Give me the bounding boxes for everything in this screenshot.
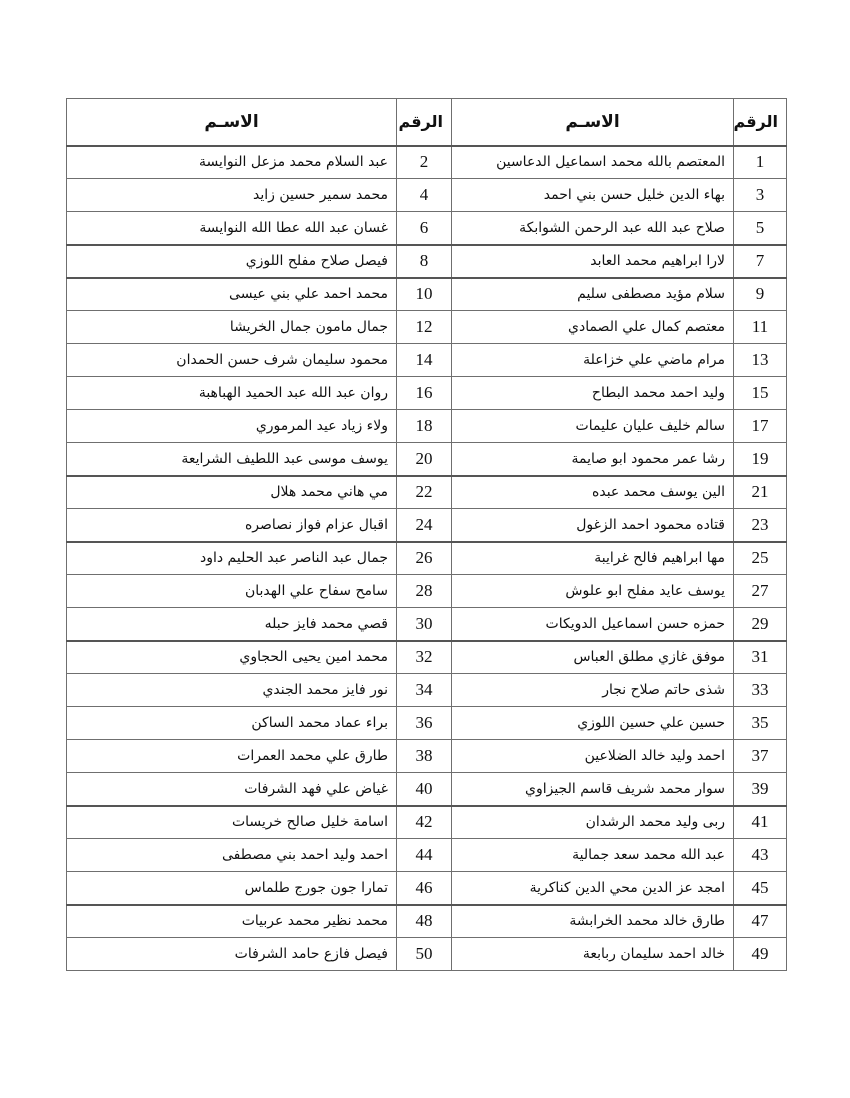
table-row: 23قتاده محمود احمد الزغول24اقبال عزام فو… xyxy=(67,509,787,542)
table-row: 21الين يوسف محمد عبده22مي هاني محمد هلال xyxy=(67,476,787,509)
row-name-left: محمد احمد علي بني عيسى xyxy=(67,278,397,311)
row-name-left: عبد السلام محمد مزعل النوايسة xyxy=(67,146,397,179)
row-name-left: قصي محمد فايز حبله xyxy=(67,608,397,641)
row-number-left: 26 xyxy=(397,542,452,575)
table-row: 7لارا ابراهيم محمد العابد8فيصل صلاح مفلح… xyxy=(67,245,787,278)
row-name-right: شذى حاتم صلاح نجار xyxy=(452,674,734,707)
row-number-right: 1 xyxy=(734,146,787,179)
row-number-right: 29 xyxy=(734,608,787,641)
row-name-right: طارق خالد محمد الخرابشة xyxy=(452,905,734,938)
table-row: 11معتصم كمال علي الصمادي12جمال مامون جما… xyxy=(67,311,787,344)
row-name-right: موفق غازي مطلق العباس xyxy=(452,641,734,674)
row-number-right: 19 xyxy=(734,443,787,476)
row-number-left: 44 xyxy=(397,839,452,872)
row-name-right: المعتصم بالله محمد اسماعيل الدعاسين xyxy=(452,146,734,179)
document-page: الرقم الاسـم الرقم الاسـم 1المعتصم بالله… xyxy=(0,0,850,1098)
row-name-right: حمزه حسن اسماعيل الدويكات xyxy=(452,608,734,641)
row-number-left: 8 xyxy=(397,245,452,278)
row-name-left: يوسف موسى عبد اللطيف الشرايعة xyxy=(67,443,397,476)
row-number-right: 41 xyxy=(734,806,787,839)
row-number-right: 13 xyxy=(734,344,787,377)
row-number-left: 18 xyxy=(397,410,452,443)
row-name-left: سامح سفاح علي الهدبان xyxy=(67,575,397,608)
table-row: 39سوار محمد شريف قاسم الجيزاوي40غياض علي… xyxy=(67,773,787,806)
table-row: 49خالد احمد سليمان ربابعة50فيصل فازع حام… xyxy=(67,938,787,971)
row-name-left: ولاء زياد عيد المرموري xyxy=(67,410,397,443)
row-name-left: جمال عبد الناصر عبد الحليم داود xyxy=(67,542,397,575)
row-number-left: 36 xyxy=(397,707,452,740)
row-number-right: 7 xyxy=(734,245,787,278)
row-number-left: 28 xyxy=(397,575,452,608)
row-number-right: 35 xyxy=(734,707,787,740)
names-table: الرقم الاسـم الرقم الاسـم 1المعتصم بالله… xyxy=(66,98,787,971)
row-number-right: 43 xyxy=(734,839,787,872)
row-name-left: اقبال عزام فواز نصاصره xyxy=(67,509,397,542)
row-name-left: تمارا جون جورج طلماس xyxy=(67,872,397,905)
row-name-left: محمد سمير حسين زايد xyxy=(67,179,397,212)
row-number-left: 24 xyxy=(397,509,452,542)
table-row: 43عبد الله محمد سعد جمالية44احمد وليد اح… xyxy=(67,839,787,872)
table-row: 19رشا عمر محمود ابو صايمة20يوسف موسى عبد… xyxy=(67,443,787,476)
row-name-right: بهاء الدين خليل حسن بني احمد xyxy=(452,179,734,212)
table-row: 45امجد عز الدين محي الدين كناكرية46تمارا… xyxy=(67,872,787,905)
row-number-left: 30 xyxy=(397,608,452,641)
table-row: 31موفق غازي مطلق العباس32محمد امين يحيى … xyxy=(67,641,787,674)
row-name-left: فيصل صلاح مفلح اللوزي xyxy=(67,245,397,278)
table-header-row: الرقم الاسـم الرقم الاسـم xyxy=(67,99,787,146)
table-row: 27يوسف عايد مفلح ابو علوش28سامح سفاح علي… xyxy=(67,575,787,608)
row-number-right: 3 xyxy=(734,179,787,212)
row-number-right: 33 xyxy=(734,674,787,707)
row-name-left: محمد نظير محمد عربيات xyxy=(67,905,397,938)
row-name-left: فيصل فازع حامد الشرفات xyxy=(67,938,397,971)
row-name-right: قتاده محمود احمد الزغول xyxy=(452,509,734,542)
row-number-left: 6 xyxy=(397,212,452,245)
row-name-right: عبد الله محمد سعد جمالية xyxy=(452,839,734,872)
row-name-left: اسامة خليل صالح خريسات xyxy=(67,806,397,839)
row-number-right: 5 xyxy=(734,212,787,245)
row-number-left: 38 xyxy=(397,740,452,773)
row-name-right: امجد عز الدين محي الدين كناكرية xyxy=(452,872,734,905)
row-number-left: 20 xyxy=(397,443,452,476)
row-number-left: 48 xyxy=(397,905,452,938)
table-row: 9سلام مؤيد مصطفى سليم10محمد احمد علي بني… xyxy=(67,278,787,311)
row-name-right: رشا عمر محمود ابو صايمة xyxy=(452,443,734,476)
row-name-right: صلاح عبد الله عبد الرحمن الشوابكة xyxy=(452,212,734,245)
row-number-left: 2 xyxy=(397,146,452,179)
row-name-right: احمد وليد خالد الضلاعين xyxy=(452,740,734,773)
row-number-right: 27 xyxy=(734,575,787,608)
table-row: 33شذى حاتم صلاح نجار34نور فايز محمد الجن… xyxy=(67,674,787,707)
row-number-left: 10 xyxy=(397,278,452,311)
table-body: 1المعتصم بالله محمد اسماعيل الدعاسين2عبد… xyxy=(67,146,787,971)
row-name-left: غياض علي فهد الشرفات xyxy=(67,773,397,806)
row-number-right: 25 xyxy=(734,542,787,575)
row-number-right: 21 xyxy=(734,476,787,509)
row-number-right: 37 xyxy=(734,740,787,773)
row-number-left: 34 xyxy=(397,674,452,707)
header-name-left: الاسـم xyxy=(67,99,397,146)
row-number-right: 15 xyxy=(734,377,787,410)
row-number-left: 16 xyxy=(397,377,452,410)
row-name-right: مرام ماضي علي خزاعلة xyxy=(452,344,734,377)
table-row: 41ربى وليد محمد الرشدان42اسامة خليل صالح… xyxy=(67,806,787,839)
row-number-right: 45 xyxy=(734,872,787,905)
table-row: 47طارق خالد محمد الخرابشة48محمد نظير محم… xyxy=(67,905,787,938)
row-number-left: 46 xyxy=(397,872,452,905)
row-name-right: معتصم كمال علي الصمادي xyxy=(452,311,734,344)
row-number-right: 31 xyxy=(734,641,787,674)
header-number-left: الرقم xyxy=(397,99,452,146)
row-name-left: جمال مامون جمال الخريشا xyxy=(67,311,397,344)
table-row: 13مرام ماضي علي خزاعلة14محمود سليمان شرف… xyxy=(67,344,787,377)
row-number-right: 11 xyxy=(734,311,787,344)
row-number-right: 23 xyxy=(734,509,787,542)
row-name-right: وليد احمد محمد البطاح xyxy=(452,377,734,410)
row-number-left: 32 xyxy=(397,641,452,674)
row-name-left: محمود سليمان شرف حسن الحمدان xyxy=(67,344,397,377)
row-number-left: 42 xyxy=(397,806,452,839)
row-name-left: مي هاني محمد هلال xyxy=(67,476,397,509)
row-number-left: 40 xyxy=(397,773,452,806)
row-number-right: 49 xyxy=(734,938,787,971)
row-number-left: 22 xyxy=(397,476,452,509)
row-number-right: 47 xyxy=(734,905,787,938)
table-row: 17سالم خليف عليان عليمات18ولاء زياد عيد … xyxy=(67,410,787,443)
header-number-right: الرقم xyxy=(734,99,787,146)
row-name-right: ربى وليد محمد الرشدان xyxy=(452,806,734,839)
row-number-left: 14 xyxy=(397,344,452,377)
row-name-left: غسان عبد الله عطا الله النوايسة xyxy=(67,212,397,245)
row-name-left: احمد وليد احمد بني مصطفى xyxy=(67,839,397,872)
row-name-right: خالد احمد سليمان ربابعة xyxy=(452,938,734,971)
row-name-right: سالم خليف عليان عليمات xyxy=(452,410,734,443)
table-row: 35حسين علي حسين اللوزي36براء عماد محمد ا… xyxy=(67,707,787,740)
table-row: 15وليد احمد محمد البطاح16روان عبد الله ع… xyxy=(67,377,787,410)
row-name-right: يوسف عايد مفلح ابو علوش xyxy=(452,575,734,608)
row-name-right: لارا ابراهيم محمد العابد xyxy=(452,245,734,278)
table-row: 3بهاء الدين خليل حسن بني احمد4محمد سمير … xyxy=(67,179,787,212)
table-row: 5صلاح عبد الله عبد الرحمن الشوابكة6غسان … xyxy=(67,212,787,245)
header-name-right: الاسـم xyxy=(452,99,734,146)
row-number-left: 50 xyxy=(397,938,452,971)
row-name-right: سلام مؤيد مصطفى سليم xyxy=(452,278,734,311)
row-number-right: 9 xyxy=(734,278,787,311)
row-name-left: طارق علي محمد العمرات xyxy=(67,740,397,773)
row-name-left: نور فايز محمد الجندي xyxy=(67,674,397,707)
row-name-right: الين يوسف محمد عبده xyxy=(452,476,734,509)
row-name-left: براء عماد محمد الساكن xyxy=(67,707,397,740)
table-row: 25مها ابراهيم فالح غرايبة26جمال عبد النا… xyxy=(67,542,787,575)
table-row: 1المعتصم بالله محمد اسماعيل الدعاسين2عبد… xyxy=(67,146,787,179)
row-name-right: سوار محمد شريف قاسم الجيزاوي xyxy=(452,773,734,806)
row-name-left: روان عبد الله عبد الحميد الهباهبة xyxy=(67,377,397,410)
row-name-right: مها ابراهيم فالح غرايبة xyxy=(452,542,734,575)
row-number-left: 12 xyxy=(397,311,452,344)
row-number-right: 17 xyxy=(734,410,787,443)
table-row: 29حمزه حسن اسماعيل الدويكات30قصي محمد فا… xyxy=(67,608,787,641)
row-number-left: 4 xyxy=(397,179,452,212)
table-row: 37احمد وليد خالد الضلاعين38طارق علي محمد… xyxy=(67,740,787,773)
row-name-left: محمد امين يحيى الحجاوي xyxy=(67,641,397,674)
row-name-right: حسين علي حسين اللوزي xyxy=(452,707,734,740)
row-number-right: 39 xyxy=(734,773,787,806)
